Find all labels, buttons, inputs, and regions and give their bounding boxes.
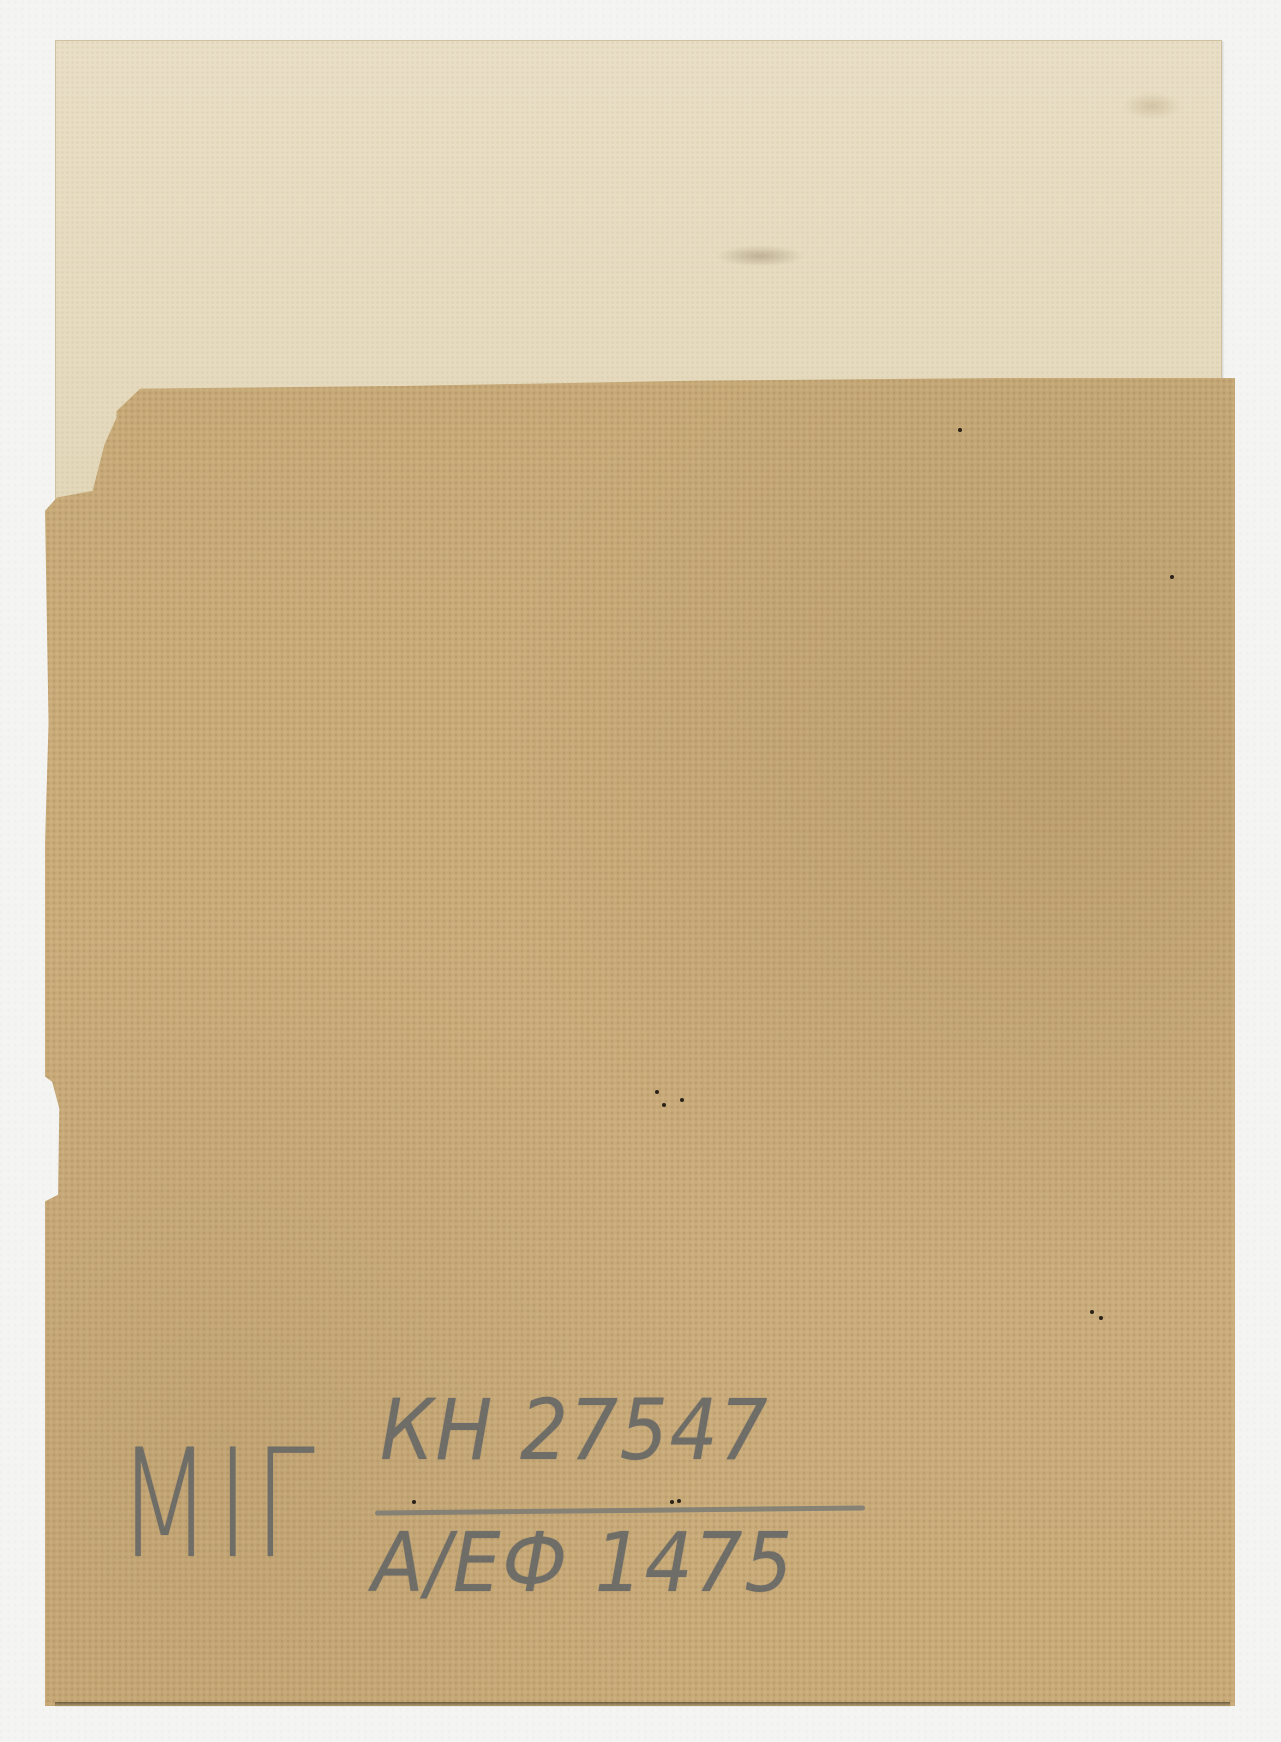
paper-speck <box>680 1098 684 1102</box>
paper-speck <box>677 1499 681 1503</box>
paper-speck <box>1170 575 1174 579</box>
pasted-paper-sheet <box>45 378 1235 1706</box>
paper-speck <box>1090 1310 1094 1314</box>
paper-speck <box>412 1500 416 1504</box>
paper-speck <box>662 1103 666 1107</box>
paper-speck <box>1099 1316 1103 1320</box>
paper-speck <box>670 1500 674 1504</box>
stain-mark <box>715 245 805 267</box>
card-bottom-shadow <box>55 1702 1230 1707</box>
paper-speck <box>958 428 962 432</box>
paper-speck <box>655 1090 659 1094</box>
corner-stain <box>1122 92 1182 120</box>
